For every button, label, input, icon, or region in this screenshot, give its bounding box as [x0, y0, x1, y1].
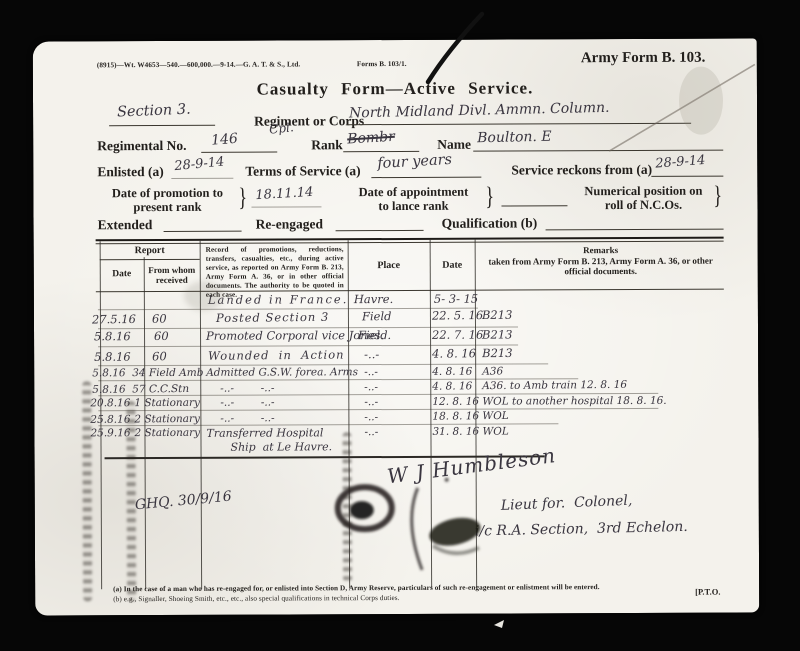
paper-stain: [679, 67, 723, 135]
bleedthrough-smudge: [82, 381, 92, 601]
ink-blot-stains: [33, 38, 759, 615]
bleedthrough-smudge: [126, 401, 136, 601]
white-speck: [494, 620, 504, 628]
bleedthrough-smudge: [342, 432, 352, 582]
paper-stain: [184, 281, 224, 311]
footnote-b: (b) e.g., Signaller, Shoeing Smith, etc.…: [113, 594, 399, 604]
pto-note: [P.T.O.: [695, 587, 720, 597]
document-paper: (8915)—Wt. W4653—540.—600,000.—9-14.—G. …: [33, 38, 759, 615]
scanned-casualty-form: { "colors":{"paper":"#f4f2ec","print_ink…: [0, 0, 800, 651]
